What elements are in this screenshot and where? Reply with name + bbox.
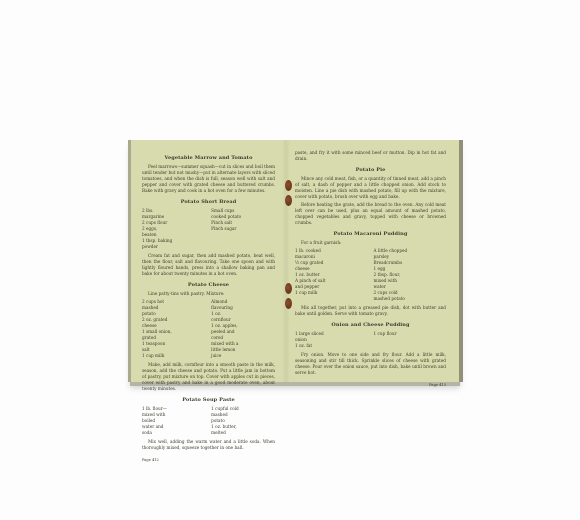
ingredient: A pinch of salt and pepper <box>295 278 330 290</box>
ingredient: 1 cupful cold mashed potato <box>211 406 242 424</box>
section-paragraph: Cream fat and sugar, then add mashed pot… <box>142 253 275 277</box>
ingredient: 2 lbs. margarine <box>142 208 173 220</box>
ingredient: 1 oz. butter, melted <box>211 424 242 436</box>
ingredient: Pinch sugar <box>211 226 242 232</box>
ingredients-list: 1 lb. cooked macaroni ½ cup grated chees… <box>295 248 446 302</box>
section-title: Potato Cheese <box>142 282 275 288</box>
section-title: Potato Soup Paste <box>142 397 275 403</box>
ingredient: 1 oz. fat <box>295 343 330 349</box>
section-title: Potato Macaroni Pudding <box>295 231 446 237</box>
ingredient: mixed with a little lemon juice <box>211 341 242 359</box>
ingredient: 1 tbsp. baking powder <box>142 238 173 250</box>
ingredient: 1 large sliced onion <box>295 331 330 343</box>
ingredient: 1 cup milk <box>142 353 173 359</box>
section-paragraph: Mince any cold meat, fish, or a quantity… <box>295 176 446 200</box>
section-paragraph: Mix well, adding the warm water and a li… <box>142 439 275 451</box>
ingredients-right: 1 cup flour <box>374 331 446 349</box>
section-paragraph: Before heating the grate, add the bread … <box>295 202 446 226</box>
ingredients-list: 1 large sliced onion 1 oz. fat 1 cup flo… <box>295 331 446 349</box>
ingredient: Almond flavouring <box>211 299 242 311</box>
ingredient: A little chopped parsley <box>374 248 409 260</box>
ingredients-list: 2 lbs. margarine 2 cups flour 2 eggs, be… <box>142 208 275 250</box>
ingredient: 2 tbsp. flour, mixed with water <box>374 272 409 290</box>
ingredients-list: 2 cups hot mashed potato 2 oz. grated ch… <box>142 299 275 359</box>
section-title: Potato Pie <box>295 167 446 173</box>
ingredient: Small cups cooked potato <box>211 208 242 220</box>
section-title: Potato Short Bread <box>142 199 275 205</box>
section-paragraph: Peel marrows—summer squash—cut in slices… <box>142 164 275 194</box>
ingredient: 1 oz. cornflour <box>211 311 242 323</box>
section-paragraph: Mix all together, put into a greased pie… <box>295 305 446 317</box>
ingredients-left: 1 large sliced onion 1 oz. fat <box>295 331 367 349</box>
section-paragraph: Fry onion. Move to one side and fry flou… <box>295 352 446 376</box>
ingredient: water and soda <box>142 424 173 436</box>
ingredient: 2 oz. grated cheese <box>142 317 173 329</box>
ingredient: 2 cups hot mashed potato <box>142 299 173 317</box>
staple-icon <box>285 283 292 294</box>
page-number: Page 413 <box>295 382 446 388</box>
section-paragraph: Make, add milk, cornflour into a smooth … <box>142 362 275 392</box>
right-page: paste, and fry it with some minced beef … <box>287 140 460 382</box>
ingredients-right: 1 cupful cold mashed potato 1 oz. butter… <box>211 406 275 436</box>
ingredient: 1 teaspoon salt <box>142 341 173 353</box>
continued-text: paste, and fry it with some minced beef … <box>295 150 446 162</box>
ingredient: ½ cup grated cheese <box>295 260 330 272</box>
ingredients-left: 2 cups hot mashed potato 2 oz. grated ch… <box>142 299 206 359</box>
ingredient: 1 cup flour <box>374 331 409 337</box>
staple-icon <box>285 298 292 309</box>
ingredients-list: 1 lb. flour—mixed with boiled water and … <box>142 406 275 436</box>
staple-icon <box>285 180 292 191</box>
left-page: Vegetable Marrow and Tomato Peel marrows… <box>130 140 285 382</box>
ingredient: 1 cup milk <box>295 290 330 296</box>
ingredients-right: Almond flavouring 1 oz. cornflour 1 oz. … <box>211 299 275 359</box>
section-title: Onion and Cheese Pudding <box>295 322 446 328</box>
ingredient: 1 lb. flour—mixed with boiled <box>142 406 173 424</box>
ingredient: 1 oz. apples, peeled and cored <box>211 323 242 341</box>
section-subtitle: Line patty-tins with pastry. Mixture: <box>142 291 275 297</box>
ingredients-left: 1 lb. cooked macaroni ½ cup grated chees… <box>295 248 367 302</box>
section-subtitle: For a fruit garnish: <box>295 240 446 246</box>
ingredients-left: 1 lb. flour—mixed with boiled water and … <box>142 406 206 436</box>
section-title: Vegetable Marrow and Tomato <box>142 155 275 161</box>
ingredient: 1 small onion, grated <box>142 329 173 341</box>
ingredient: 1 lb. cooked macaroni <box>295 248 330 260</box>
page-number: Page 412 <box>142 457 275 463</box>
ingredients-left: 2 lbs. margarine 2 cups flour 2 eggs, be… <box>142 208 206 250</box>
booklet-spread: Vegetable Marrow and Tomato Peel marrows… <box>130 140 460 382</box>
ingredient: 2 eggs, beaten <box>142 226 173 238</box>
ingredients-right: A little chopped parsley Breadcrumbs 1 e… <box>374 248 446 302</box>
staple-icon <box>285 195 292 206</box>
ingredient: 2 cups cold mashed potato <box>374 290 409 302</box>
ingredients-right: Small cups cooked potato Pinch salt Pinc… <box>211 208 275 250</box>
